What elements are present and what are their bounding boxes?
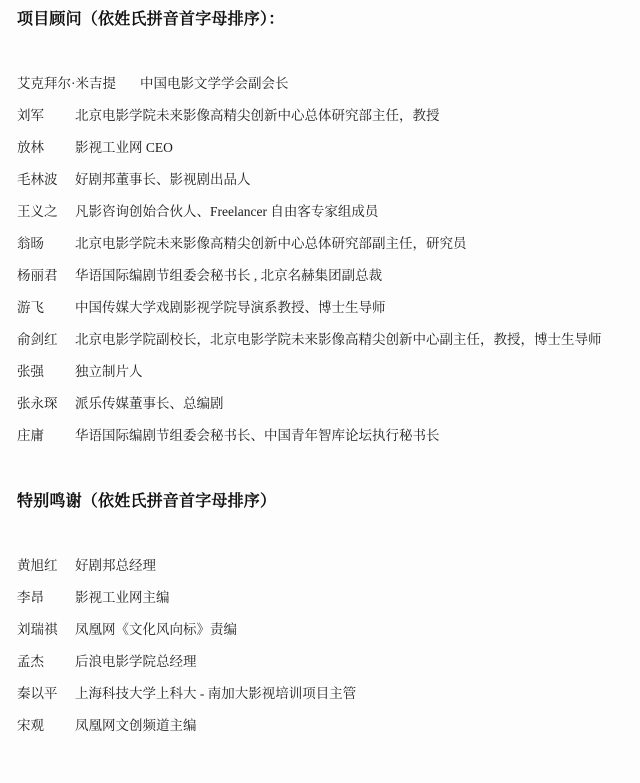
person-name: 宋观 — [17, 719, 75, 733]
list-item: 宋观 凤凰网文创频道主编 — [17, 719, 630, 733]
person-name: 李昂 — [17, 591, 75, 605]
list-item: 秦以平 上海科技大学上科大 - 南加大影视培训项目主管 — [17, 687, 630, 701]
list-item: 艾克拜尔·米吉提 中国电影文学学会副会长 — [17, 77, 630, 91]
advisors-section-heading: 项目顾问（依姓氏拼音首字母排序）： — [17, 9, 630, 31]
advisors-list: 艾克拜尔·米吉提 中国电影文学学会副会长 刘军 北京电影学院未来影像高精尖创新中… — [17, 77, 630, 443]
person-name: 放林 — [17, 141, 75, 155]
person-title: 华语国际编剧节组委会秘书长 , 北京名赫集团副总裁 — [75, 269, 382, 283]
list-item: 游飞 中国传媒大学戏剧影视学院导演系教授、博士生导师 — [17, 301, 630, 315]
list-item: 翁旸 北京电影学院未来影像高精尖创新中心总体研究部副主任，研究员 — [17, 237, 630, 251]
thanks-list: 黄旭红 好剧邦总经理 李昂 影视工业网主编 刘瑞祺 凤凰网《文化风向标》责编 孟… — [17, 559, 630, 733]
list-item: 放林 影视工业网 CEO — [17, 141, 630, 155]
person-title: 上海科技大学上科大 - 南加大影视培训项目主管 — [75, 687, 356, 701]
person-name: 俞剑红 — [17, 333, 75, 347]
person-title: 中国传媒大学戏剧影视学院导演系教授、博士生导师 — [75, 301, 386, 315]
list-item: 庄庸 华语国际编剧节组委会秘书长、中国青年智库论坛执行秘书长 — [17, 429, 630, 443]
list-item: 黄旭红 好剧邦总经理 — [17, 559, 630, 573]
list-item: 李昂 影视工业网主编 — [17, 591, 630, 605]
person-name: 秦以平 — [17, 687, 75, 701]
person-title: 中国电影文学学会副会长 — [140, 77, 289, 91]
person-name: 张永琛 — [17, 397, 75, 411]
person-title: 凡影咨询创始合伙人、Freelancer 自由客专家组成员 — [75, 205, 378, 219]
list-item: 张永琛 派乐传媒董事长、总编剧 — [17, 397, 630, 411]
person-name: 张强 — [17, 365, 75, 379]
list-item: 毛林波 好剧邦董事长、影视剧出品人 — [17, 173, 630, 187]
person-name: 毛林波 — [17, 173, 75, 187]
person-title: 好剧邦董事长、影视剧出品人 — [75, 173, 251, 187]
person-name: 游飞 — [17, 301, 75, 315]
list-item: 刘瑞祺 凤凰网《文化风向标》责编 — [17, 623, 630, 637]
person-title: 独立制片人 — [75, 365, 143, 379]
person-name: 刘瑞祺 — [17, 623, 75, 637]
person-title: 北京电影学院未来影像高精尖创新中心总体研究部副主任，研究员 — [75, 237, 467, 251]
document-page: 项目顾问（依姓氏拼音首字母排序）： 艾克拜尔·米吉提 中国电影文学学会副会长 刘… — [0, 0, 640, 783]
person-title: 华语国际编剧节组委会秘书长、中国青年智库论坛执行秘书长 — [75, 429, 440, 443]
person-title: 影视工业网主编 — [75, 591, 170, 605]
person-name: 刘军 — [17, 109, 75, 123]
list-item: 杨丽君 华语国际编剧节组委会秘书长 , 北京名赫集团副总裁 — [17, 269, 630, 283]
person-name: 孟杰 — [17, 655, 75, 669]
person-title: 凤凰网文创频道主编 — [75, 719, 197, 733]
person-name: 王义之 — [17, 205, 75, 219]
person-title: 北京电影学院副校长，北京电影学院未来影像高精尖创新中心副主任，教授，博士生导师 — [75, 333, 602, 347]
person-title: 凤凰网《文化风向标》责编 — [75, 623, 237, 637]
list-item: 张强 独立制片人 — [17, 365, 630, 379]
list-item: 孟杰 后浪电影学院总经理 — [17, 655, 630, 669]
list-item: 王义之 凡影咨询创始合伙人、Freelancer 自由客专家组成员 — [17, 205, 630, 219]
person-name: 杨丽君 — [17, 269, 75, 283]
person-title: 派乐传媒董事长、总编剧 — [75, 397, 224, 411]
thanks-section-heading: 特别鸣谢（依姓氏拼音首字母排序） — [17, 491, 630, 513]
person-name: 黄旭红 — [17, 559, 75, 573]
list-item: 俞剑红 北京电影学院副校长，北京电影学院未来影像高精尖创新中心副主任，教授，博士… — [17, 333, 630, 347]
person-title: 影视工业网 CEO — [75, 141, 173, 155]
list-item: 刘军 北京电影学院未来影像高精尖创新中心总体研究部主任，教授 — [17, 109, 630, 123]
person-title: 后浪电影学院总经理 — [75, 655, 197, 669]
person-title: 北京电影学院未来影像高精尖创新中心总体研究部主任，教授 — [75, 109, 440, 123]
person-name: 翁旸 — [17, 237, 75, 251]
person-title: 好剧邦总经理 — [75, 559, 156, 573]
person-name: 艾克拜尔·米吉提 — [17, 77, 116, 91]
person-name: 庄庸 — [17, 429, 75, 443]
